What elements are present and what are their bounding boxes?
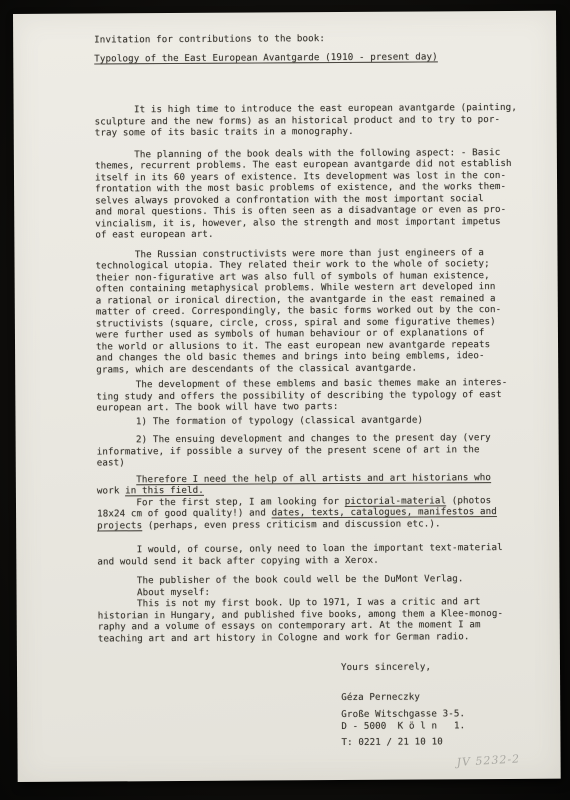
signature-address: Große Witschgasse 3-5.D - 5000 K ö l n 1… [341,708,522,732]
text-segment [97,474,136,485]
text-line: grams, which are descendants of the clas… [96,361,520,375]
list-item: 1) The formation of typology (classical … [96,413,520,427]
underlined-text: in this field. [125,485,204,496]
underlined-text: dates, texts, catalogues, manifestos and [272,506,497,518]
letter-body: Invitation for contributions to the book… [94,32,522,750]
text-line: tray some of its basic traits in a monog… [95,125,519,139]
paragraph: Therefore I need the help of all artists… [97,471,521,531]
text-segment: (perhaps, even press criticism and discu… [142,518,441,531]
underlined-text: Therefore I need the help of all artists… [136,472,491,485]
text-line: projects (perhaps, even press criticism … [97,517,521,531]
text-segment: (photos [446,495,491,506]
paragraph: The publisher of the book could well be … [97,573,521,645]
signature-name: Géza Perneczky [341,690,522,703]
text-line: D - 5000 K ö l n 1. [341,719,522,732]
paragraph: It is high time to introduce the east eu… [95,102,519,139]
archive-pencil-note: JV 5232-2 [457,752,521,769]
text-line: Géza Perneczky [341,690,522,703]
letter-heading: Invitation for contributions to the book… [94,32,518,46]
text-line: Invitation for contributions to the book… [94,32,518,46]
paragraph: I would, of course, only need to loan th… [97,542,521,568]
underlined-text: pictorial-material [345,495,446,507]
text-line: 1) The formation of typology (classical … [96,413,520,427]
paragraph: The planning of the book deals with the … [95,146,520,241]
text-line: T: 0221 / 21 10 10 [341,736,522,749]
text-line: of east european art. [95,227,519,241]
underlined-text: projects [97,520,142,531]
text-segment: work [97,485,125,496]
list-item: 2) The ensuing development and changes t… [97,432,521,469]
signature-phone: T: 0221 / 21 10 10 [341,736,522,749]
letter-subtitle: Typology of the East European Avantgarde… [94,50,518,64]
closing-salutation: Yours sincerely, [341,661,522,674]
text-line: and would send it back after copying wit… [97,553,521,567]
text-segment: 18x24 cm of good quality!) and [97,507,272,519]
text-line: Typology of the East European Avantgarde… [94,50,518,64]
text-line: european art. The book will have two par… [96,400,520,414]
text-line: teaching art and art history in Cologne … [98,630,522,644]
text-segment: For the first step, I am looking for [97,495,345,508]
document-page: Invitation for contributions to the book… [13,11,561,782]
text-line: Yours sincerely, [341,661,522,674]
paragraph: The Russian constructivists were more th… [95,246,520,375]
paragraph: The development of these emblems and bas… [96,377,520,414]
